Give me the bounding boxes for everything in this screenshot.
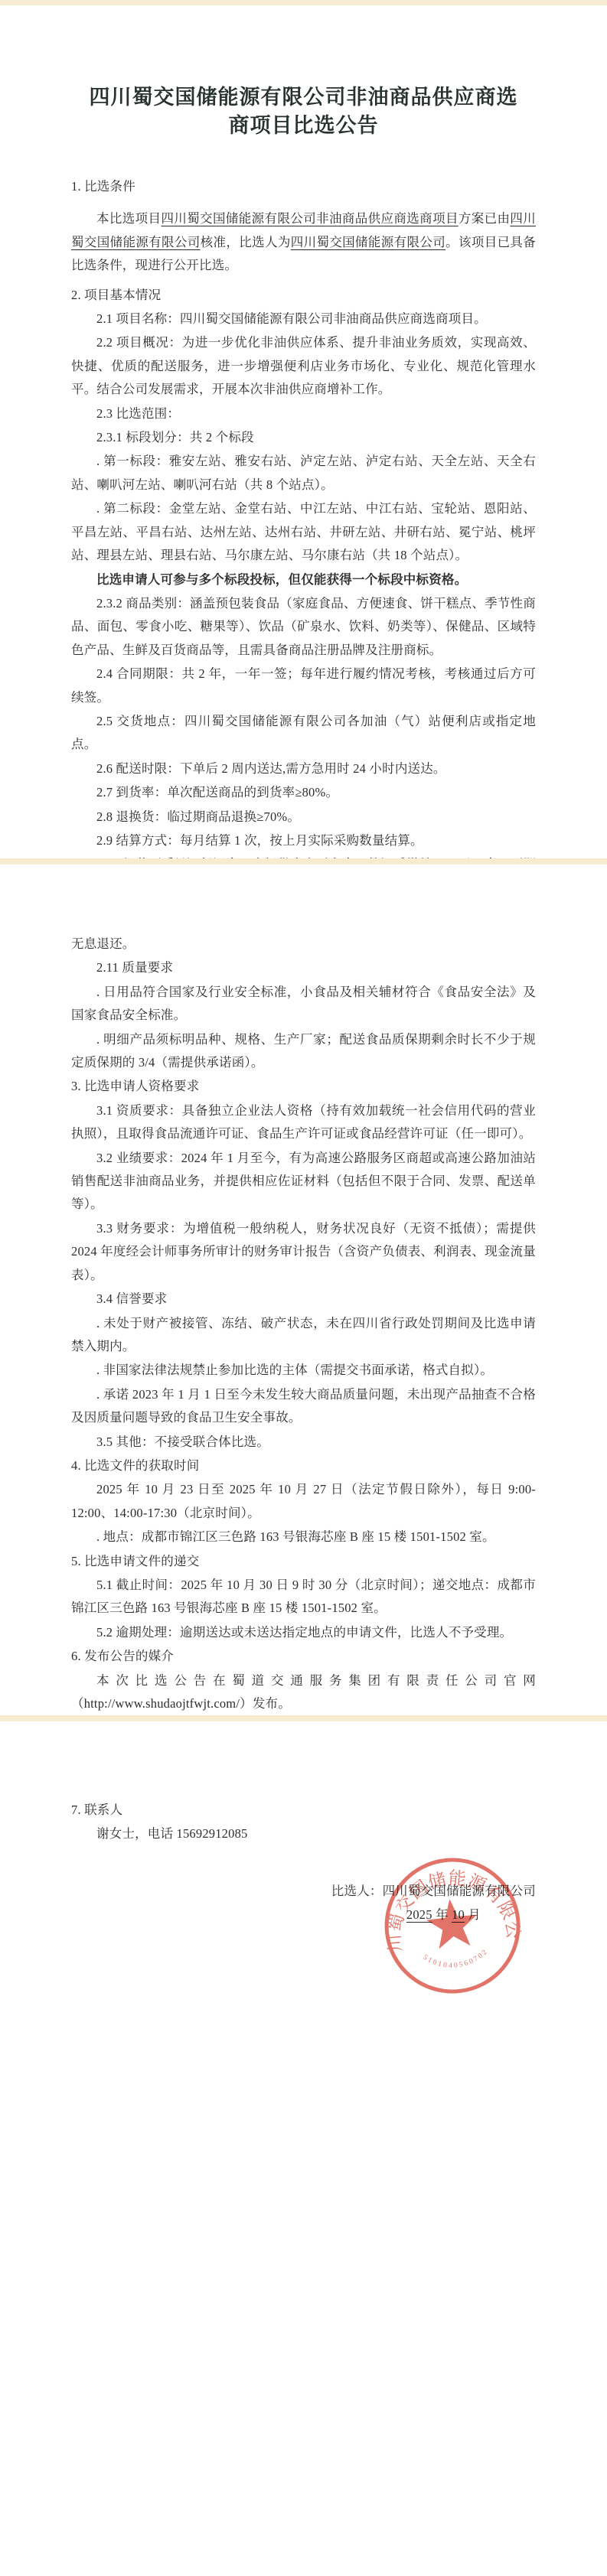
section-1-paragraph: 本比选项目四川蜀交国储能源有限公司非油商品供应商选商项目方案已由四川蜀交国储能源… (71, 207, 536, 277)
para-submit-deadline: 5.1 截止时间：2025 年 10 月 30 日 9 时 30 分（北京时间）… (71, 1574, 536, 1620)
underlined-project-name: 四川蜀交国储能源有限公司非油商品供应商选商项目 (161, 211, 458, 226)
para-document-time: 2025 年 10 月 23 日至 2025 年 10 月 27 日（法定节假日… (71, 1478, 536, 1525)
page-1: 四川蜀交国储能源有限公司非油商品供应商选商项目比选公告 1. 比选条件 本比选项… (0, 5, 607, 858)
para-credit-item-1: . 未处于财产被接管、冻结、破产状态，未在四川省行政处罚期间及比选申请禁入期内。 (71, 1312, 536, 1359)
para-goods-category: 2.3.2 商品类别：涵盖预包装食品（家庭食品、方便速食、饼干糕点、季节性商品、… (71, 592, 536, 662)
seal-star-icon (424, 1897, 480, 1950)
para-deposit-continued: 无息退还。 (71, 933, 536, 956)
section-6-heading: 6. 发布公告的媒介 (71, 1645, 536, 1668)
section-7-heading: 7. 联系人 (71, 1799, 536, 1822)
para-contract-term: 2.4 合同期限：共 2 年，一年一签；每年进行履约情况考核，考核通过后方可续签… (71, 663, 536, 709)
para-performance: 3.2 业绩要求：2024 年 1 月至今，有为高速公路服务区商超或高速公路加油… (71, 1147, 536, 1216)
para-document-place: . 地点：成都市锦江区三色路 163 号银海芯座 B 座 15 楼 1501-1… (71, 1526, 536, 1549)
para-contact-person: 谢女士，电话 15692912085 (71, 1822, 536, 1845)
para-lot-1: . 第一标段：雅安左站、雅安右站、泸定左站、泸定右站、天全左站、天全右站、喇叭河… (71, 450, 536, 497)
page-2: 无息退还。 2.11 质量要求 . 日用品符合国家及行业安全标准，小食品及相关辅… (0, 865, 607, 1715)
signature-block: 比选人：四川蜀交国储能源有限公司 2025 年 10 月 四川蜀交国储能源有限公… (71, 1880, 536, 1927)
para-quality-item-1: . 日用品符合国家及行业安全标准，小食品及相关辅材符合《食品安全法》及国家食品安… (71, 981, 536, 1027)
section-3-heading: 3. 比选申请人资格要求 (71, 1075, 536, 1098)
para-credit-item-3: . 承诺 2023 年 1 月 1 日至今未发生较大商品质量问题，未出现产品抽查… (71, 1383, 536, 1430)
page-edge-band-top (0, 0, 607, 5)
para-arrival-rate: 2.7 到货率：单次配送商品的到货率≥80%。 (71, 781, 536, 804)
para-project-overview: 2.2 项目概况：为进一步优化非油供应体系、提升非油业务质效，实现高效、快捷、优… (71, 331, 536, 401)
section-2-heading: 2. 项目基本情况 (71, 284, 536, 307)
para-lot-division: 2.3.1 标段划分：共 2 个标段 (71, 426, 536, 449)
section-4-heading: 4. 比选文件的获取时间 (71, 1454, 536, 1477)
para-delivery-time: 2.6 配送时限：下单后 2 周内送达,需方急用时 24 小时内送达。 (71, 757, 536, 780)
para-bid-restriction-note: 比选申请人可参与多个标段投标，但仅能获得一个标段中标资格。 (71, 568, 536, 591)
text-run: 方案已由 (459, 211, 511, 226)
para-return-policy: 2.8 退换货：临过期商品退换≥70%。 (71, 806, 536, 829)
para-settlement: 2.9 结算方式：每月结算 1 次，按上月实际采购数量结算。 (71, 829, 536, 852)
seal-number-text: 5101040560702 (421, 1947, 491, 1973)
para-announcement-media: 本次比选公告在蜀道交通服务集团有限责任公司官网（http://www.shuda… (71, 1669, 536, 1715)
para-deposit: 2.10 经营（质量）保证金：中标供应商需在合同签订后缴纳 2 万元，合同到期后 (71, 853, 536, 858)
text-run: 核准，比选人为 (201, 235, 291, 249)
company-seal-stamp-icon: 四川蜀交国储能源有限公司 5101040560702 (376, 1845, 530, 2004)
para-project-name: 2.1 项目名称：四川蜀交国储能源有限公司非油商品供应商选商项目。 (71, 308, 536, 331)
para-finance: 3.3 财务要求：为增值税一般纳税人，财务状况良好（无资不抵债）；需提供 202… (71, 1217, 536, 1287)
text-run: 本比选项目 (96, 211, 161, 226)
page-3: 7. 联系人 谢女士，电话 15692912085 比选人：四川蜀交国储能源有限… (0, 1721, 607, 2576)
para-credit-item-2: . 非国家法律法规禁止参加比选的主体（需提交书面承诺，格式自拟）。 (71, 1359, 536, 1382)
section-5-heading: 5. 比选申请文件的递交 (71, 1550, 536, 1573)
page-title: 四川蜀交国储能源有限公司非油商品供应商选商项目比选公告 (80, 83, 527, 140)
para-credit-heading: 3.4 信誉要求 (71, 1288, 536, 1311)
page-edge-band-1 (0, 858, 607, 865)
para-quality-heading: 2.11 质量要求 (71, 956, 536, 979)
section-1-heading: 1. 比选条件 (71, 175, 536, 198)
para-delivery-place: 2.5 交货地点：四川蜀交国储能源有限公司各加油（气）站便利店或指定地点。 (71, 710, 536, 757)
para-lot-2: . 第二标段：金堂左站、金堂右站、中江左站、中江右站、宝轮站、恩阳站、平昌左站、… (71, 497, 536, 567)
underlined-company-name: 四川蜀交国储能源有限公司 (291, 235, 445, 249)
page-edge-band-2 (0, 1715, 607, 1721)
para-overdue: 5.2 逾期处理：逾期送达或未送达指定地点的申请文件，比选人不予受理。 (71, 1621, 536, 1644)
para-other: 3.5 其他：不接受联合体比选。 (71, 1431, 536, 1454)
para-qualification: 3.1 资质要求：具备独立企业法人资格（持有效加载统一社会信用代码的营业执照），… (71, 1099, 536, 1146)
para-quality-item-2: . 明细产品须标明品种、规格、生产厂家；配送食品质保期剩余时长不少于规定质保期的… (71, 1028, 536, 1075)
para-scope: 2.3 比选范围： (71, 402, 536, 425)
